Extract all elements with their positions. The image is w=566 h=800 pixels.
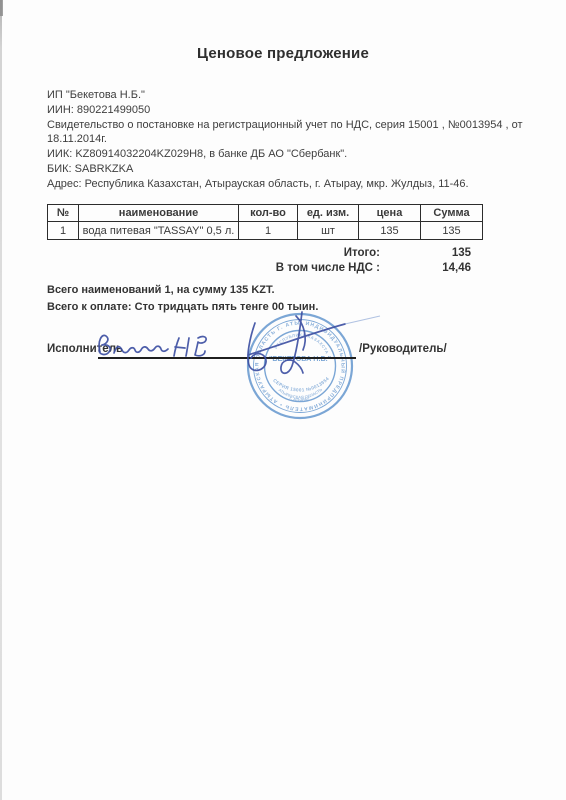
total-value: 135 [452,247,471,259]
table-header-row: № наименование кол-во ед. изм. цена Сумм… [48,205,483,222]
col-header-unit: ед. изм. [298,205,359,222]
seller-name: ИП "Бекетова Н.Б." [47,88,527,103]
signature-initial-n [174,338,189,356]
signature-name-stroke [99,335,110,354]
price-offer-document: Ценовое предложение ИП "Бекетова Н.Б." И… [0,0,566,800]
page-title: Ценовое предложение [0,45,566,62]
seller-info-block: ИП "Бекетова Н.Б." ИИН: 890221499050 Сви… [47,88,527,192]
cell-sum: 135 [421,222,483,240]
col-header-price: цена [359,205,421,222]
table-row: 1 вода питевая "TASSAY" 0,5 л. 1 шт 135 … [48,222,483,240]
seller-certificate-line2: 18.11.2014г. [47,132,527,147]
seller-bik: БИК: SABRKZKA [47,162,527,177]
signature-flourish-loop [248,323,266,370]
cell-number: 1 [48,222,79,240]
col-header-sum: Сумма [421,205,483,222]
items-table: № наименование кол-во ед. изм. цена Сумм… [47,204,483,240]
signature-initial-b [195,337,206,356]
vat-value: 14,46 [442,262,471,274]
col-header-qty: кол-во [239,205,298,222]
cell-name: вода питевая "TASSAY" 0,5 л. [79,222,239,240]
scan-edge-artifact [0,0,2,800]
seller-iin: ИИН: 890221499050 [47,103,527,118]
cell-unit: шт [298,222,359,240]
signature-flourish-tail [345,316,380,324]
seller-certificate-line1: Свидетельство о постановке на регистраци… [47,118,527,133]
handwritten-signature [90,303,390,403]
col-header-name: наименование [79,205,239,222]
cell-qty: 1 [239,222,298,240]
total-label: Итого: [344,247,380,259]
seller-address: Адрес: Республика Казахстан, Атырауская … [47,177,527,192]
col-header-number: № [48,205,79,222]
cell-price: 135 [359,222,421,240]
summary-items-line: Всего наименований 1, на сумму 135 KZT. [47,284,275,296]
scan-corner-artifact [0,0,3,16]
seller-iik: ИИК: KZ80914032204KZ029H8, в банке ДБ АО… [47,147,527,162]
signature-name-wave [114,346,168,353]
vat-label: В том числе НДС : [276,262,380,274]
